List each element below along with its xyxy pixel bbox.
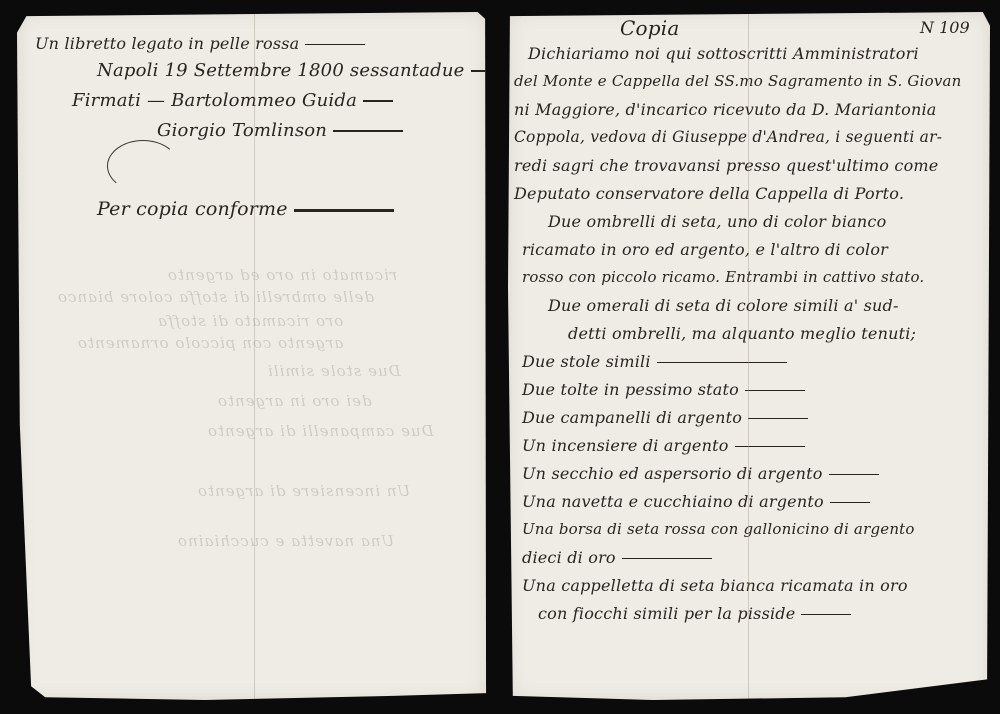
inventory-item-cont: ricamato in oro ed argento, e l'altro di… — [522, 240, 888, 259]
inventory-item-cont: dieci di oro — [522, 548, 712, 567]
signature-flourish-icon — [107, 140, 179, 192]
bleed-through-text: Un incensiere di argento — [197, 482, 410, 500]
signatures-line: Firmati — Bartolommeo Guida — [72, 90, 393, 111]
inventory-item-cont: con fiocchi simili per la pisside — [538, 604, 851, 623]
bleed-through-text: ricamato in oro ed argento — [167, 266, 397, 284]
text-line: ni Maggiore, d'incarico ricevuto da D. M… — [514, 100, 937, 119]
bleed-through-text: Una navetta e cucchiaino — [177, 532, 394, 550]
text-line: Dichiariamo noi qui sottoscritti Amminis… — [528, 44, 919, 63]
certification-line: Per copia conforme — [97, 198, 394, 220]
page-heading: Copia — [620, 16, 679, 40]
inventory-item: Un secchio ed aspersorio di argento — [522, 464, 879, 483]
inventory-entry: Un libretto legato in pelle rossa — [35, 34, 365, 53]
inventory-item: Una borsa di seta rossa con gallonicino … — [522, 520, 915, 538]
signature-tomlinson: Giorgio Tomlinson — [157, 120, 403, 141]
bleed-through-text: argento con piccolo ornamento — [77, 334, 343, 352]
bleed-through-text: Due stole simili — [267, 362, 401, 380]
inventory-item: Due stole simili — [522, 352, 787, 371]
bleed-through-text: Due campanelli di argento — [207, 422, 434, 440]
left-manuscript-page: ricamato in oro ed argento delle ombrell… — [17, 12, 487, 700]
inventory-item: Due campanelli di argento — [522, 408, 808, 427]
inventory-item: Un incensiere di argento — [522, 436, 805, 455]
text-line: redi sagri che trovavansi presso quest'u… — [514, 156, 938, 175]
text-line: del Monte e Cappella del SS.mo Sagrament… — [514, 72, 962, 90]
folio-number: N 109 — [920, 18, 970, 37]
inventory-item: Una navetta e cucchiaino di argento — [522, 492, 870, 511]
inventory-item: Due tolte in pessimo stato — [522, 380, 805, 399]
inventory-item-cont: rosso con piccolo ricamo. Entrambi in ca… — [522, 268, 924, 286]
text-line: Deputato conservatore della Cappella di … — [514, 184, 904, 203]
bleed-through-text: oro ricamato di stoffa — [157, 312, 343, 330]
date-line: Napoli 19 Settembre 1800 sessantadue — [97, 60, 491, 81]
text-line: Coppola, vedova di Giuseppe d'Andrea, i … — [514, 128, 942, 146]
inventory-item: Una cappelletta di seta bianca ricamata … — [522, 576, 908, 595]
bleed-through-text: delle ombrelli di stoffa colore bianco — [57, 288, 374, 306]
inventory-item: Due ombrelli di seta, uno di color bianc… — [548, 212, 886, 231]
inventory-item: Due omerali di seta di colore simili a' … — [548, 296, 899, 315]
bleed-through-text: dei oro in argento — [217, 392, 372, 410]
right-manuscript-page: Copia N 109 Dichiariamo noi qui sottoscr… — [508, 12, 990, 700]
inventory-item-cont: detti ombrelli, ma alquanto meglio tenut… — [568, 324, 916, 343]
